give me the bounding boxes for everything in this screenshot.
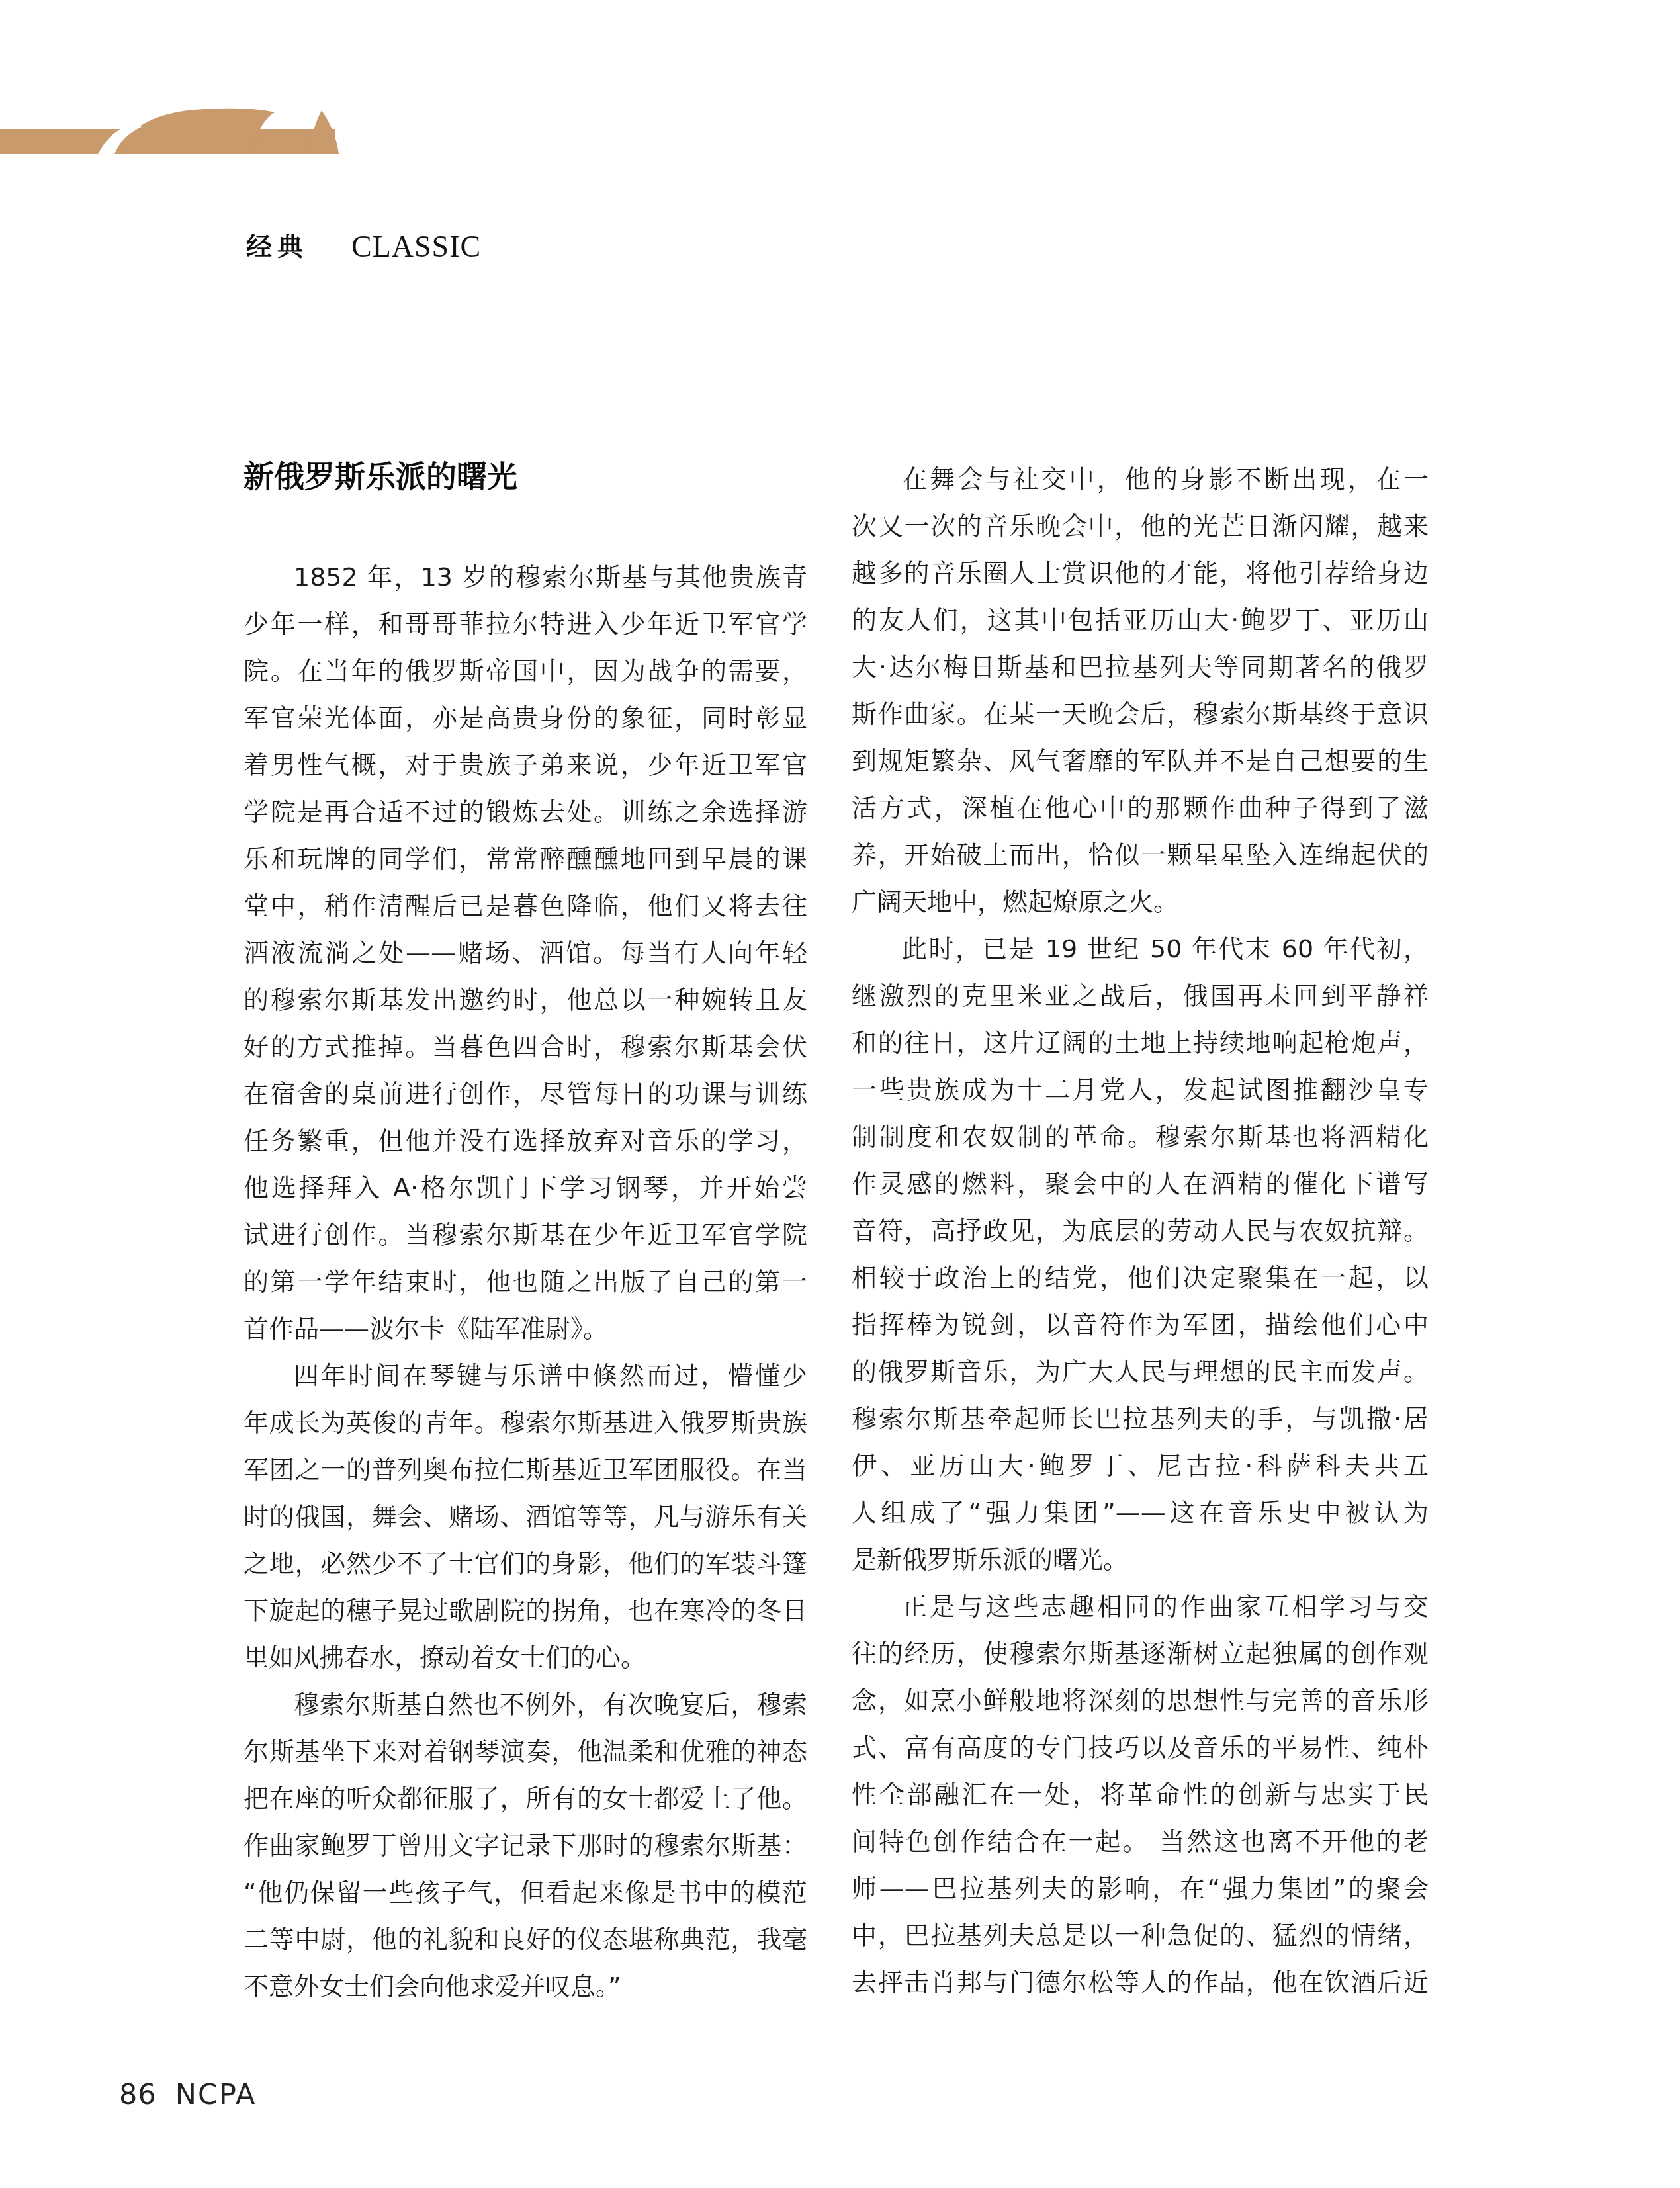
text-line: 酒液流淌之处——赌场、酒馆。每当有人向年轻 <box>243 930 807 977</box>
text-line: 到规矩繁杂、风气奢靡的军队并不是自己想要的生 <box>852 738 1429 785</box>
text-line: 大·达尔梅日斯基和巴拉基列夫等同期著名的俄罗 <box>852 644 1429 691</box>
right-text-column: 在舞会与社交中，他的身影不断出现，在一次又一次的音乐晚会中，他的光芒日渐闪耀，越… <box>852 456 1429 2006</box>
text-line: 任务繁重，但他并没有选择放弃对音乐的学习， <box>243 1117 807 1164</box>
text-line: 着男性气概，对于贵族子弟来说，少年近卫军官 <box>243 742 807 789</box>
masthead-title-en: CLASSIC <box>351 231 481 263</box>
text-line: 念，如烹小鲜般地将深刻的思想性与完善的音乐形 <box>852 1677 1429 1724</box>
text-line: 正是与这些志趣相同的作曲家互相学习与交 <box>852 1583 1429 1630</box>
text-line: 1852 年，13 岁的穆索尔斯基与其他贵族青 <box>243 554 807 601</box>
text-line: 四年时间在琴键与乐谱中倏然而过，懵懂少 <box>243 1352 807 1399</box>
arch-swoosh-graphic <box>0 106 596 179</box>
text-line: 年成长为英俊的青年。穆索尔斯基进入俄罗斯贵族 <box>243 1399 807 1446</box>
text-line: 乐和玩牌的同学们，常常醉醺醺地回到早晨的课 <box>243 836 807 883</box>
text-line: 时的俄国，舞会、赌场、酒馆等等，凡与游乐有关 <box>243 1493 807 1540</box>
text-line: 养，开始破土而出，恰似一颗星星坠入连绵起伏的 <box>852 832 1429 879</box>
text-line: 军官荣光体面，亦是高贵身份的象征，同时彰显 <box>243 695 807 742</box>
section-title: 新俄罗斯乐派的曙光 <box>243 458 807 495</box>
text-line: 尔斯基坐下来对着钢琴演奏，他温柔和优雅的神态 <box>243 1728 807 1775</box>
text-line: 堂中，稍作清醒后已是暮色降临，他们又将去往 <box>243 883 807 930</box>
text-line: 一些贵族成为十二月党人，发起试图推翻沙皇专 <box>852 1067 1429 1114</box>
text-line: 的俄罗斯音乐，为广大人民与理想的民主而发声。 <box>852 1348 1429 1395</box>
text-line: 指挥棒为锐剑，以音符作为军团，描绘他们心中 <box>852 1301 1429 1348</box>
text-line: 二等中尉，他的礼貌和良好的仪态堪称典范，我毫 <box>243 1916 807 1963</box>
text-line: 把在座的听众都征服了，所有的女士都爱上了他。 <box>243 1775 807 1822</box>
text-line: 中，巴拉基列夫总是以一种急促的、猛烈的情绪， <box>852 1912 1429 1959</box>
text-line: 相较于政治上的结党，他们决定聚集在一起，以 <box>852 1254 1429 1301</box>
paragraph: 此时，已是 19 世纪 50 年代末 60 年代初，继激烈的克里米亚之战后，俄国… <box>852 926 1429 1583</box>
paragraph: 穆索尔斯基自然也不例外，有次晚宴后，穆索尔斯基坐下来对着钢琴演奏，他温柔和优雅的… <box>243 1681 807 2010</box>
masthead: 经典 CLASSIC <box>0 106 596 179</box>
text-line: 作灵感的燃料，聚会中的人在酒精的催化下谱写 <box>852 1160 1429 1207</box>
text-line: 性全部融汇在一处，将革命性的创新与忠实于民 <box>852 1771 1429 1818</box>
text-line: 越多的音乐圈人士赏识他的才能，将他引荐给身边 <box>852 550 1429 597</box>
text-line: “他仍保留一些孩子气，但看起来像是书中的模范 <box>243 1869 807 1916</box>
paragraph: 1852 年，13 岁的穆索尔斯基与其他贵族青少年一样，和哥哥菲拉尔特进入少年近… <box>243 554 807 1352</box>
text-line: 伊、亚历山大·鲍罗丁、尼古拉·科萨科夫共五 <box>852 1442 1429 1489</box>
page-number: 86 <box>119 2078 157 2111</box>
text-line: 学院是再合适不过的锻炼去处。训练之余选择游 <box>243 789 807 836</box>
text-line: 师——巴拉基列夫的影响，在“强力集团”的聚会 <box>852 1865 1429 1912</box>
paragraph: 四年时间在琴键与乐谱中倏然而过，懵懂少年成长为英俊的青年。穆索尔斯基进入俄罗斯贵… <box>243 1352 807 1681</box>
text-line: 军团之一的普列奥布拉仁斯基近卫军团服役。在当 <box>243 1446 807 1493</box>
text-line: 继激烈的克里米亚之战后，俄国再未回到平静祥 <box>852 973 1429 1020</box>
text-line: 在舞会与社交中，他的身影不断出现，在一 <box>852 456 1429 503</box>
text-line: 和的往日，这片辽阔的土地上持续地响起枪炮声， <box>852 1020 1429 1067</box>
text-line: 是新俄罗斯乐派的曙光。 <box>852 1536 1429 1583</box>
text-line: 去抨击肖邦与门德尔松等人的作品，他在饮酒后近 <box>852 1959 1429 2006</box>
text-line: 不意外女士们会向他求爱并叹息。” <box>243 1963 807 2010</box>
text-line: 作曲家鲍罗丁曾用文字记录下那时的穆索尔斯基： <box>243 1822 807 1869</box>
text-line: 院。在当年的俄罗斯帝国中，因为战争的需要， <box>243 648 807 695</box>
page-footer: 86NCPA <box>119 2076 257 2113</box>
text-line: 的第一学年结束时，他也随之出版了自己的第一 <box>243 1258 807 1305</box>
masthead-title-zh: 经典 <box>246 233 308 262</box>
text-line: 间特色创作结合在一起。 当然这也离不开他的老 <box>852 1818 1429 1865</box>
text-line: 此时，已是 19 世纪 50 年代末 60 年代初， <box>852 926 1429 973</box>
text-line: 次又一次的音乐晚会中，他的光芒日渐闪耀，越来 <box>852 503 1429 550</box>
text-line: 穆索尔斯基自然也不例外，有次晚宴后，穆索 <box>243 1681 807 1728</box>
text-line: 首作品——波尔卡《陆军准尉》。 <box>243 1305 807 1352</box>
text-line: 的穆索尔斯基发出邀约时，他总以一种婉转且友 <box>243 977 807 1024</box>
text-line: 里如风拂春水，撩动着女士们的心。 <box>243 1634 807 1681</box>
text-line: 的友人们，这其中包括亚历山大·鲍罗丁、亚历山 <box>852 597 1429 644</box>
left-text-column: 1852 年，13 岁的穆索尔斯基与其他贵族青少年一样，和哥哥菲拉尔特进入少年近… <box>243 554 807 2010</box>
journal-label: NCPA <box>175 2078 257 2111</box>
text-line: 制制度和农奴制的革命。穆索尔斯基也将酒精化 <box>852 1114 1429 1160</box>
text-line: 人组成了“强力集团”——这在音乐史中被认为 <box>852 1489 1429 1536</box>
text-line: 穆索尔斯基牵起师长巴拉基列夫的手，与凯撒·居 <box>852 1395 1429 1442</box>
text-line: 斯作曲家。在某一天晚会后，穆索尔斯基终于意识 <box>852 691 1429 738</box>
text-line: 在宿舍的桌前进行创作，尽管每日的功课与训练 <box>243 1071 807 1117</box>
text-line: 试进行创作。当穆索尔斯基在少年近卫军官学院 <box>243 1211 807 1258</box>
text-line: 之地，必然少不了士官们的身影，他们的军装斗篷 <box>243 1540 807 1587</box>
text-line: 音符，高抒政见，为底层的劳动人民与农奴抗辩。 <box>852 1207 1429 1254</box>
text-line: 他选择拜入 A·格尔凯门下学习钢琴，并开始尝 <box>243 1164 807 1211</box>
paragraph: 在舞会与社交中，他的身影不断出现，在一次又一次的音乐晚会中，他的光芒日渐闪耀，越… <box>852 456 1429 926</box>
text-line: 广阔天地中，燃起燎原之火。 <box>852 879 1429 926</box>
text-line: 式、富有高度的专门技巧以及音乐的平易性、纯朴 <box>852 1724 1429 1771</box>
text-line: 往的经历，使穆索尔斯基逐渐树立起独属的创作观 <box>852 1630 1429 1677</box>
text-line: 活方式，深植在他心中的那颗作曲种子得到了滋 <box>852 785 1429 832</box>
text-line: 少年一样，和哥哥菲拉尔特进入少年近卫军官学 <box>243 601 807 648</box>
text-line: 下旋起的穗子晃过歌剧院的拐角，也在寒冷的冬日 <box>243 1587 807 1634</box>
text-line: 好的方式推掉。当暮色四合时，穆索尔斯基会伏 <box>243 1024 807 1071</box>
paragraph: 正是与这些志趣相同的作曲家互相学习与交往的经历，使穆索尔斯基逐渐树立起独属的创作… <box>852 1583 1429 2006</box>
